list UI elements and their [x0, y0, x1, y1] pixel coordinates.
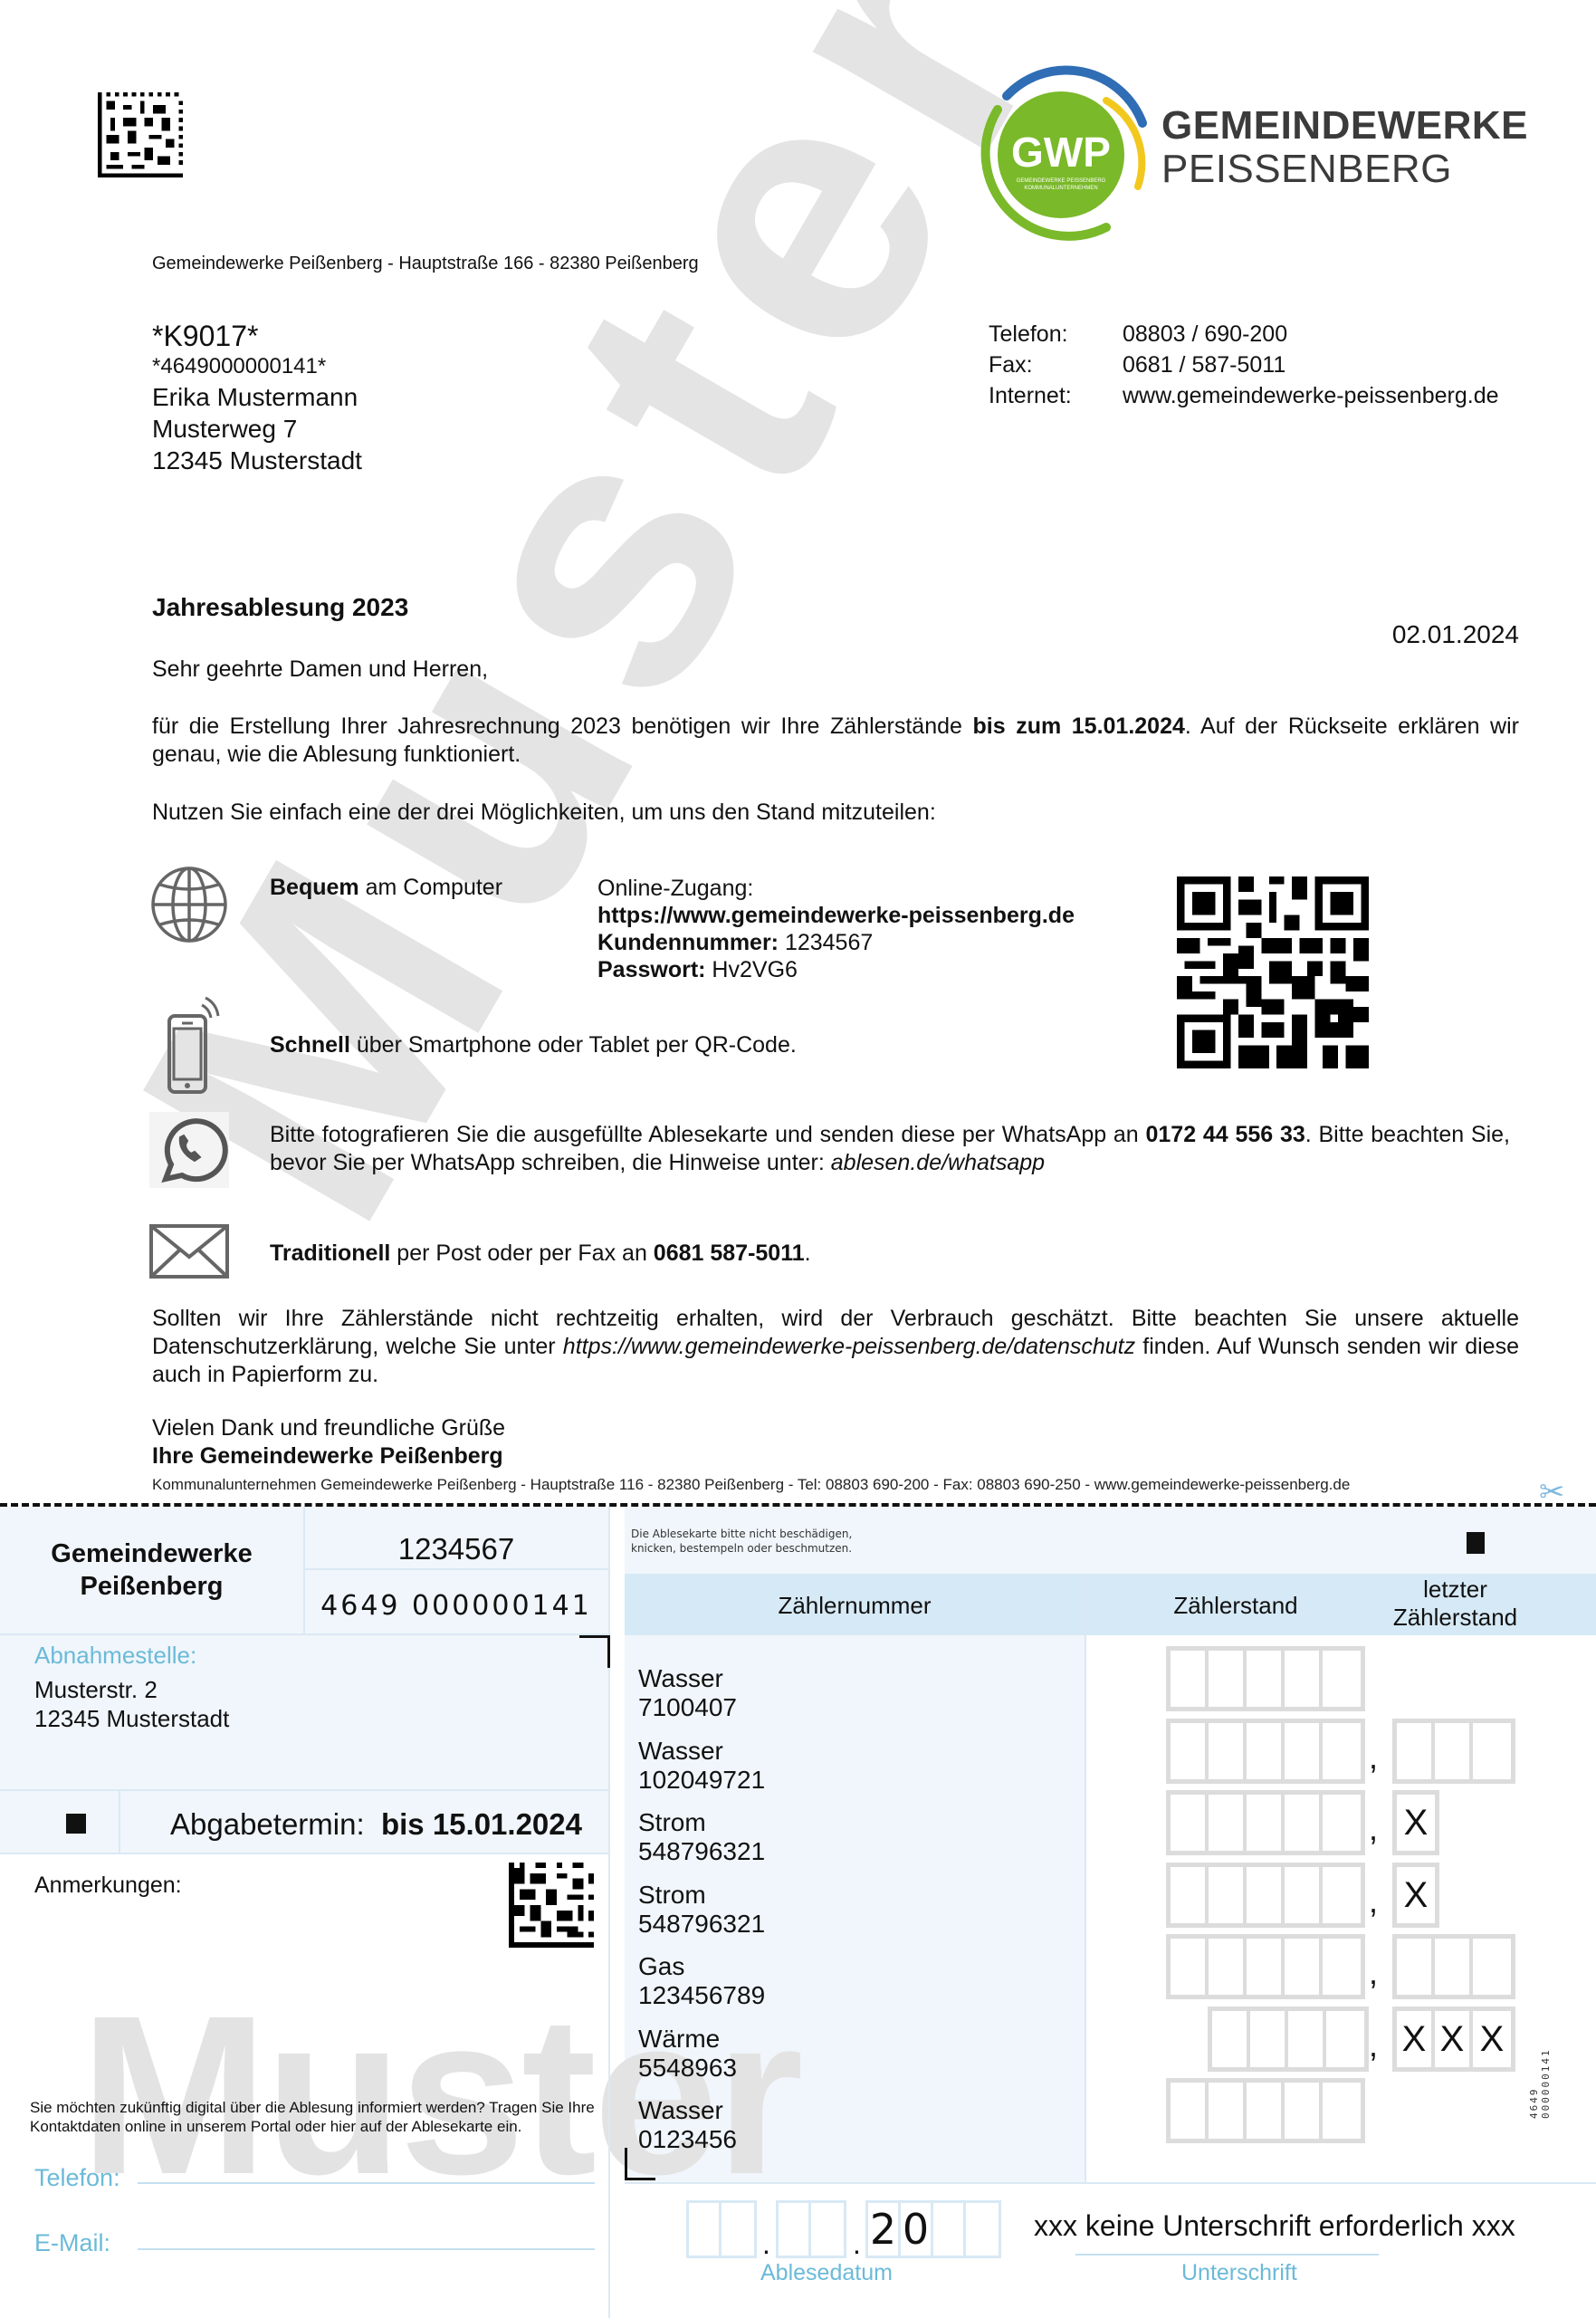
meter-row: Strom548796321: [638, 1881, 765, 1939]
card-org-name: GemeindewerkePeißenberg: [18, 1537, 285, 1603]
signature-label: Unterschrift: [1181, 2260, 1297, 2286]
meter-number: 548796321: [638, 1837, 765, 1865]
datamatrix-code: [98, 92, 183, 177]
phone-input-line[interactable]: [138, 2182, 595, 2184]
col-meter-number: Zählernummer: [625, 1592, 1085, 1620]
reading-decimal-boxes[interactable]: [1392, 1934, 1515, 1999]
date-separator: .: [762, 2227, 770, 2261]
contact-fax: Fax:0681 / 587-5011: [989, 350, 1499, 380]
remarks-label: Anmerkungen:: [34, 1873, 182, 1899]
vertical-account-id: 4649 000000141: [1528, 2048, 1552, 2119]
decimal-comma: ,: [1369, 1810, 1378, 1848]
date-box-group[interactable]: [776, 2200, 846, 2258]
recipient-barcode-text: *4649000000141*: [152, 352, 362, 381]
date-box-group[interactable]: 20: [865, 2200, 1001, 2258]
reading-integer-boxes[interactable]: [1166, 2078, 1365, 2143]
meter-number: 102049721: [638, 1766, 765, 1794]
sender-line: Gemeindewerke Peißenberg - Hauptstraße 1…: [152, 254, 699, 274]
recipient-address: *K9017* *4649000000141* Erika Mustermann…: [152, 321, 362, 476]
email-input-line[interactable]: [138, 2248, 595, 2250]
svg-text:GWP: GWP: [1011, 129, 1111, 176]
reading-integer-boxes[interactable]: [1166, 1863, 1365, 1928]
meter-type: Strom: [638, 1808, 744, 1837]
online-url-link[interactable]: https://www.gemeindewerke-peissenberg.de: [597, 903, 1075, 928]
smartphone-icon: [166, 996, 220, 1096]
whatsapp-number: 0172 44 556 33: [1146, 1122, 1305, 1147]
svg-text:GEMEINDEWERKE PEISSENBERG: GEMEINDEWERKE PEISSENBERG: [1017, 178, 1106, 184]
signature-note: xxx keine Unterschrift erforderlich xxx: [1034, 2209, 1515, 2243]
email-label: E-Mail:: [34, 2229, 110, 2257]
date-separator: .: [853, 2227, 861, 2261]
abnahmestelle-label: Abnahmestelle:: [34, 1642, 196, 1670]
options-intro: Nutzen Sie einfach eine der drei Möglich…: [152, 799, 1519, 827]
card-account-number: 4649 000000141: [304, 1590, 608, 1622]
password: Hv2VG6: [705, 957, 797, 982]
envelope-icon: [149, 1222, 229, 1280]
letter-subject: Jahresablesung 2023: [152, 593, 408, 622]
meter-type: Wasser: [638, 1737, 744, 1766]
recipient-city: 12345 Musterstadt: [152, 445, 362, 476]
gwp-logo: GWP GEMEINDEWERKE PEISSENBERG KOMMUNALUN…: [970, 60, 1152, 241]
col-reading: Zählerstand: [1132, 1592, 1340, 1620]
option-computer: Bequem am Computer: [270, 875, 502, 901]
letter-date: 02.01.2024: [1392, 620, 1519, 649]
signature: Ihre Gemeindewerke Peißenberg: [152, 1443, 503, 1469]
meter-row: Wasser0123456: [638, 2096, 744, 2154]
contact-block: Telefon:08803 / 690-200 Fax:0681 / 587-5…: [989, 319, 1499, 411]
digital-info-text: Sie möchten zukünftig digital über die A…: [30, 2098, 600, 2136]
meter-type: Wasser: [638, 1664, 744, 1693]
marker-square: [66, 1814, 86, 1834]
reading-decimal-boxes[interactable]: [1392, 1719, 1515, 1784]
meter-row: Wasser7100407: [638, 1664, 744, 1722]
privacy-link[interactable]: https://www.gemeindewerke-peissenberg.de…: [563, 1334, 1135, 1359]
decimal-comma: ,: [1369, 1954, 1378, 1992]
decimal-comma: ,: [1369, 1882, 1378, 1920]
table-bottom-line: [625, 2182, 1596, 2184]
globe-icon: [149, 865, 229, 944]
contact-internet: Internet:www.gemeindewerke-peissenberg.d…: [989, 380, 1499, 411]
reading-integer-boxes[interactable]: [1166, 1719, 1365, 1784]
svg-text:KOMMUNALUNTERNEHMEN: KOMMUNALUNTERNEHMEN: [1024, 186, 1097, 191]
meter-number: 123456789: [638, 1981, 765, 2009]
option-smartphone: Schnell über Smartphone oder Tablet per …: [270, 1032, 797, 1058]
option-post: Traditionell per Post oder per Fax an 06…: [270, 1240, 811, 1267]
customer-number: 1234567: [779, 930, 873, 955]
abnahmestelle-address: Musterstr. 212345 Musterstadt: [34, 1675, 229, 1733]
meter-row: Wasser102049721: [638, 1737, 765, 1795]
whatsapp-icon: [149, 1112, 229, 1188]
reading-date-label: Ablesedatum: [760, 2260, 893, 2286]
online-access: Online-Zugang: https://www.gemeindewerke…: [597, 875, 1075, 983]
card-customer-number: 1234567: [304, 1532, 608, 1566]
card-datamatrix-code: [509, 1863, 594, 1948]
reading-decimal-boxes[interactable]: X: [1392, 1863, 1439, 1928]
meter-number: 5548963: [638, 2054, 737, 2082]
option-whatsapp: Bitte fotografieren Sie die ausgefüllte …: [270, 1121, 1510, 1177]
decimal-comma: ,: [1369, 1738, 1378, 1777]
whatsapp-hint-link[interactable]: ablesen.de/whatsapp: [831, 1150, 1045, 1175]
recipient-street: Musterweg 7: [152, 413, 362, 445]
decimal-comma: ,: [1369, 2026, 1378, 2064]
reading-decimal-boxes[interactable]: X: [1392, 1790, 1439, 1855]
qr-code: [1177, 876, 1369, 1068]
intro-paragraph: für die Erstellung Ihrer Jahresrechnung …: [152, 713, 1519, 769]
cut-line: [0, 1503, 1596, 1507]
reading-integer-boxes[interactable]: [1208, 2007, 1369, 2072]
marker-square-2: [1467, 1532, 1485, 1554]
meter-type: Strom: [638, 1881, 744, 1910]
phone-label: Telefon:: [34, 2164, 120, 2192]
brand-name-line1: GEMEINDEWERKE: [1161, 103, 1528, 148]
brand-name-line2: PEISSENBERG: [1161, 147, 1452, 192]
meter-row: Strom548796321: [638, 1808, 765, 1866]
privacy-paragraph: Sollten wir Ihre Zählerstände nicht rech…: [152, 1305, 1519, 1389]
meter-row: Gas123456789: [638, 1952, 765, 2010]
letter-footer: Kommunalunternehmen Gemeindewerke Peißen…: [152, 1476, 1350, 1494]
meter-type: Gas: [638, 1952, 744, 1981]
closing: Vielen Dank und freundliche Grüße Ihre G…: [152, 1414, 505, 1470]
recipient-code: *K9017*: [152, 321, 362, 352]
card-care-hint: Die Ablesekarte bitte nicht beschädigen,…: [631, 1527, 852, 1556]
signature-line[interactable]: [1075, 2254, 1379, 2256]
scissors-icon: ✂: [1539, 1474, 1565, 1510]
salutation: Sehr geehrte Damen und Herren,: [152, 656, 488, 683]
col-last-reading: letzterZählerstand: [1358, 1576, 1553, 1632]
reading-integer-boxes[interactable]: [1166, 1934, 1365, 1999]
fax-number: 0681 587-5011: [654, 1240, 805, 1266]
reading-integer-boxes[interactable]: [1166, 1790, 1365, 1855]
recipient-name: Erika Mustermann: [152, 381, 362, 413]
registration-mark-2: [625, 2148, 655, 2180]
meter-type: Wärme: [638, 2025, 744, 2054]
meter-number: 7100407: [638, 1693, 737, 1721]
meter-row: Wärme5548963: [638, 2025, 744, 2083]
date-box-group[interactable]: [686, 2200, 757, 2258]
meter-number: 548796321: [638, 1910, 765, 1938]
registration-mark: [579, 1635, 610, 1668]
meter-type: Wasser: [638, 2096, 744, 2125]
reading-decimal-boxes[interactable]: XXX: [1392, 2007, 1515, 2072]
reading-integer-boxes[interactable]: [1166, 1646, 1365, 1711]
contact-phone: Telefon:08803 / 690-200: [989, 319, 1499, 350]
deadline: Abgabetermin: bis 15.01.2024: [170, 1807, 582, 1842]
